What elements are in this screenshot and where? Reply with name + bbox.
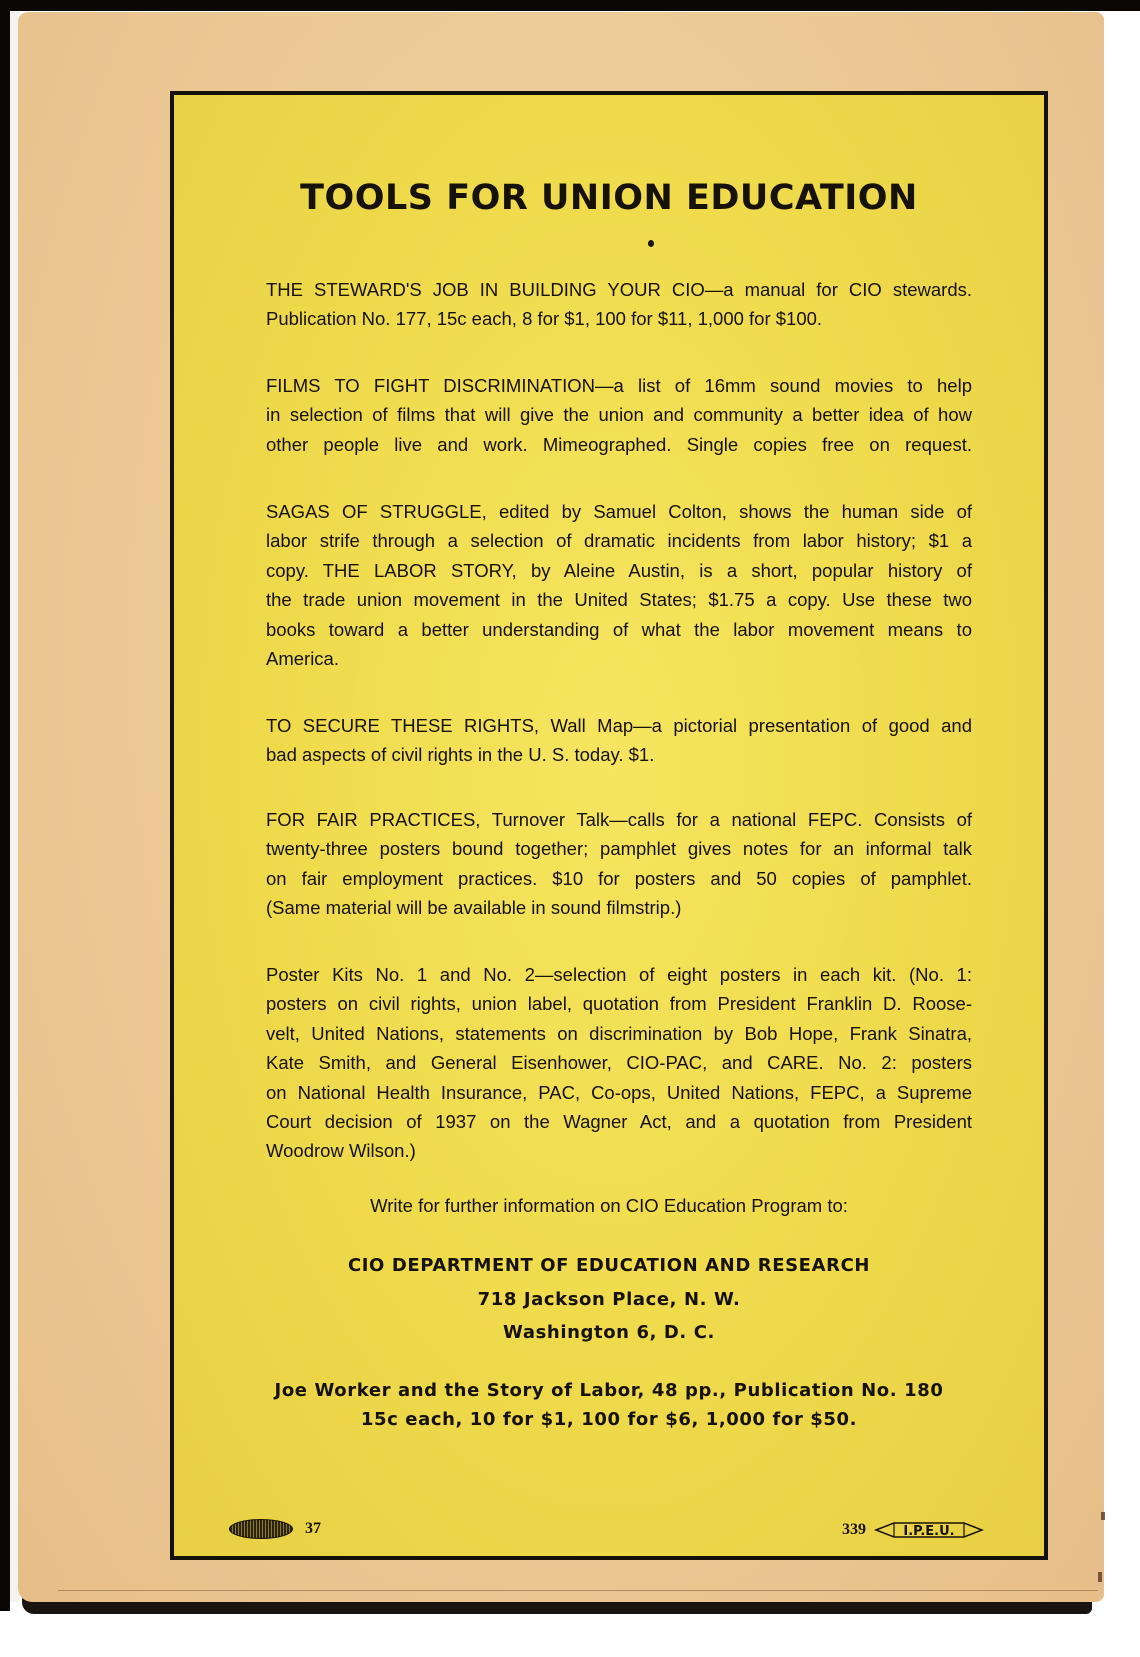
publication-pricing: 15c each, 10 for $1, 100 for $6, 1,000 f… — [174, 1409, 1044, 1430]
item-fair-practices: FOR FAIR PRACTICES, Turnover Talk—calls … — [266, 805, 972, 923]
item-line: books toward a better understanding of w… — [266, 615, 972, 644]
ornament-dot — [648, 240, 654, 247]
item-line: FILMS TO FIGHT DISCRIMINATION—a list of … — [266, 371, 972, 400]
item-line: twenty-three posters bound together; pam… — [266, 834, 972, 863]
item-line: posters on civil rights, union label, qu… — [266, 989, 972, 1018]
item-line: Woodrow Wilson.) — [266, 1136, 972, 1165]
address-city: Washington 6, D. C. — [174, 1322, 1044, 1343]
address-organization: CIO DEPARTMENT OF EDUCATION AND RESEARCH — [174, 1255, 1044, 1276]
publication-title: Joe Worker and the Story of Labor, 48 pp… — [174, 1380, 1044, 1401]
footer-left: 37 — [229, 1519, 321, 1539]
item-line: Publication No. 177, 15c each, 8 for $1,… — [266, 304, 972, 333]
item-line: Poster Kits No. 1 and No. 2—selection of… — [266, 960, 972, 989]
paper-tear-mark — [1098, 1572, 1102, 1582]
item-line: Court decision of 1937 on the Wagner Act… — [266, 1107, 972, 1136]
page-title: TOOLS FOR UNION EDUCATION — [174, 178, 1044, 218]
paper-tear-mark — [1101, 1512, 1105, 1520]
item-line: Kate Smith, and General Eisenhower, CIO-… — [266, 1048, 972, 1077]
item-line: (Same material will be available in soun… — [266, 893, 972, 922]
item-stewards-job: THE STEWARD'S JOB IN BUILDING YOUR CIO—a… — [266, 275, 972, 334]
item-sagas-of-struggle: SAGAS OF STRUGGLE, edited by Samuel Colt… — [266, 497, 972, 673]
printer-code: 339 — [842, 1521, 866, 1539]
union-label-bug-icon — [229, 1519, 293, 1539]
item-line: on National Health Insurance, PAC, Co-op… — [266, 1078, 972, 1107]
item-line: FOR FAIR PRACTICES, Turnover Talk—calls … — [266, 805, 972, 834]
paper-edge-crease — [58, 1590, 1098, 1591]
item-line: on fair employment practices. $10 for po… — [266, 864, 972, 893]
item-line: SAGAS OF STRUGGLE, edited by Samuel Colt… — [266, 497, 972, 526]
scan-left-edge — [0, 11, 10, 1611]
item-line: velt, United Nations, statements on disc… — [266, 1019, 972, 1048]
item-line: the trade union movement in the United S… — [266, 585, 972, 614]
svg-text:I.P.E.U.: I.P.E.U. — [903, 1524, 954, 1539]
address-street: 718 Jackson Place, N. W. — [174, 1289, 1044, 1310]
footer-right: 339 I.P.E.U. — [842, 1519, 984, 1541]
page-number: 37 — [305, 1520, 321, 1538]
item-secure-these-rights: TO SECURE THESE RIGHTS, Wall Map—a picto… — [266, 711, 972, 770]
ipeu-union-label-icon: I.P.E.U. — [874, 1519, 984, 1541]
item-line: copy. THE LABOR STORY, by Aleine Austin,… — [266, 556, 972, 585]
contact-instruction: Write for further information on CIO Edu… — [174, 1195, 1044, 1217]
item-line: TO SECURE THESE RIGHTS, Wall Map—a picto… — [266, 711, 972, 740]
item-poster-kits: Poster Kits No. 1 and No. 2—selection of… — [266, 960, 972, 1166]
advertisement-panel: TOOLS FOR UNION EDUCATION THE STEWARD'S … — [170, 91, 1048, 1560]
item-line: labor strife through a selection of dram… — [266, 526, 972, 555]
item-line: THE STEWARD'S JOB IN BUILDING YOUR CIO—a… — [266, 275, 972, 304]
item-line: other people live and work. Mimeographed… — [266, 430, 972, 459]
item-films-discrimination: FILMS TO FIGHT DISCRIMINATION—a list of … — [266, 371, 972, 459]
item-line: bad aspects of civil rights in the U. S.… — [266, 740, 972, 769]
scan-top-edge — [0, 0, 1140, 11]
item-line: in selection of films that will give the… — [266, 400, 972, 429]
item-line: America. — [266, 644, 972, 673]
